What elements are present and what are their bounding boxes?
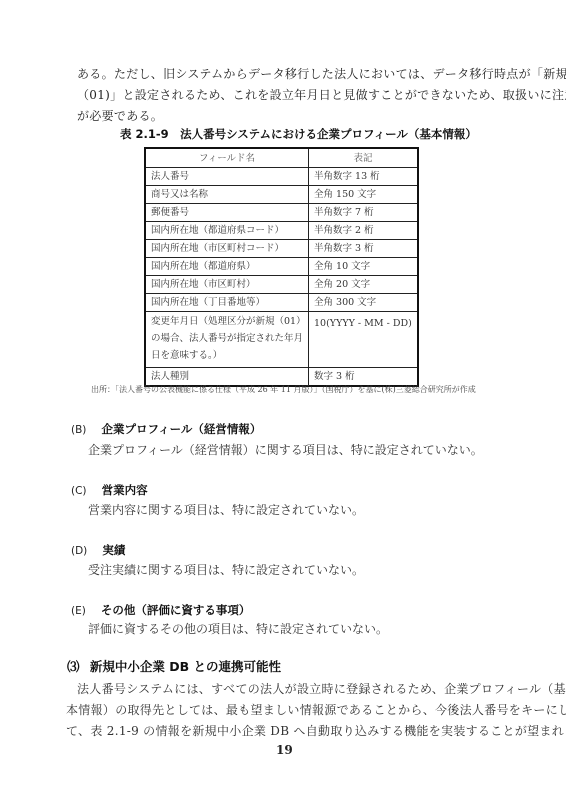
cell-notation: 10(YYYY - MM - DD) — [309, 312, 419, 368]
table-row: 商号又は名称 全角 150 文字 — [145, 186, 418, 204]
cell-notation: 全角 20 文字 — [309, 276, 419, 294]
cell-notation: 半角数字 3 桁 — [309, 240, 419, 258]
section-3-title: 新規中小企業 DB との連携可能性 — [90, 659, 281, 674]
cell-field: 国内所在地（都道府県コード） — [145, 222, 309, 240]
cell-notation: 半角数字 13 桁 — [309, 168, 419, 186]
section-3-line-2: 本情報）の取得先としては、最も望ましい情報源であることから、今後法人番号をキーに… — [66, 700, 566, 721]
table-row: 変更年月日（処理区分が新規（01）の場合、法人番号が指定された年月日を意味する。… — [145, 312, 418, 368]
header-field-name: フィールド名 — [145, 148, 309, 168]
section-title: 営業内容 — [102, 483, 148, 497]
table-row: 郵便番号 半角数字 7 桁 — [145, 204, 418, 222]
section-title: 企業プロフィール（経営情報） — [102, 422, 262, 436]
section-title: その他（評価に資する事項） — [101, 603, 251, 617]
cell-notation: 半角数字 2 桁 — [309, 222, 419, 240]
header-notation: 表記 — [309, 148, 419, 168]
section-3-line-3: て、表 2.1-9 の情報を新規中小企業 DB へ自動取り込みする機能を実装する… — [66, 721, 566, 742]
intro-line-1: ある。ただし、旧システムからデータ移行した法人においては、データ移行時点が「新規 — [77, 64, 566, 85]
section-heading-d: (D) 実績 — [71, 539, 125, 558]
intro-line-3: が必要である。 — [77, 106, 163, 127]
section-label: (C) — [71, 485, 87, 497]
cell-notation: 全角 150 文字 — [309, 186, 419, 204]
section-heading-b: (B) 企業プロフィール（経営情報） — [71, 418, 261, 437]
table-row: 国内所在地（都道府県コード） 半角数字 2 桁 — [145, 222, 418, 240]
table-source-note: 出所：「法人番号の公表機能に係る仕様（平成 26 年 11 月版）」（国税庁）を… — [91, 384, 476, 395]
intro-line-2: （01)」と設定されるため、これを設立年月日と見做すことができないため、取扱いに… — [77, 85, 566, 106]
section-heading-e: (E) その他（評価に資する事項） — [71, 599, 250, 618]
page-number: 19 — [276, 743, 293, 757]
section-label: (E) — [71, 605, 86, 617]
cell-field: 法人番号 — [145, 168, 309, 186]
table-caption: 表 2.1-9 法人番号システムにおける企業プロフィール（基本情報） — [120, 126, 477, 142]
section-body-d: 受注実績に関する項目は、特に設定されていない。 — [88, 561, 364, 578]
table-row: 国内所在地（丁目番地等） 全角 300 文字 — [145, 294, 418, 312]
cell-field: 国内所在地（市区町村コード） — [145, 240, 309, 258]
cell-notation: 全角 300 文字 — [309, 294, 419, 312]
corporate-profile-table: フィールド名 表記 法人番号 半角数字 13 桁 商号又は名称 全角 150 文… — [144, 147, 419, 387]
section-heading-c: (C) 営業内容 — [71, 479, 148, 498]
section-3-heading: ⑶ 新規中小企業 DB との連携可能性 — [67, 657, 281, 675]
section-label: (D) — [71, 545, 87, 557]
section-body-c: 営業内容に関する項目は、特に設定されていない。 — [88, 501, 364, 518]
table-row: 国内所在地（市区町村） 全角 20 文字 — [145, 276, 418, 294]
table-row: 法人番号 半角数字 13 桁 — [145, 168, 418, 186]
cell-field: 国内所在地（市区町村） — [145, 276, 309, 294]
section-3-line-1: 法人番号システムには、すべての法人が設立時に登録されるため、企業プロフィール（基 — [77, 679, 566, 700]
cell-field: 国内所在地（丁目番地等） — [145, 294, 309, 312]
section-body-b: 企業プロフィール（経営情報）に関する項目は、特に設定されていない。 — [88, 441, 483, 458]
section-label: (B) — [71, 424, 86, 436]
cell-field: 商号又は名称 — [145, 186, 309, 204]
section-body-e: 評価に資するその他の項目は、特に設定されていない。 — [88, 620, 388, 637]
cell-notation: 全角 10 文字 — [309, 258, 419, 276]
table-row: 国内所在地（市区町村コード） 半角数字 3 桁 — [145, 240, 418, 258]
section-title: 実績 — [102, 543, 125, 557]
cell-notation: 半角数字 7 桁 — [309, 204, 419, 222]
table-row: 国内所在地（都道府県） 全角 10 文字 — [145, 258, 418, 276]
cell-field: 国内所在地（都道府県） — [145, 258, 309, 276]
section-3-label: ⑶ — [67, 659, 80, 674]
cell-field: 変更年月日（処理区分が新規（01）の場合、法人番号が指定された年月日を意味する。… — [145, 312, 309, 368]
table-header-row: フィールド名 表記 — [145, 148, 418, 168]
cell-field: 郵便番号 — [145, 204, 309, 222]
